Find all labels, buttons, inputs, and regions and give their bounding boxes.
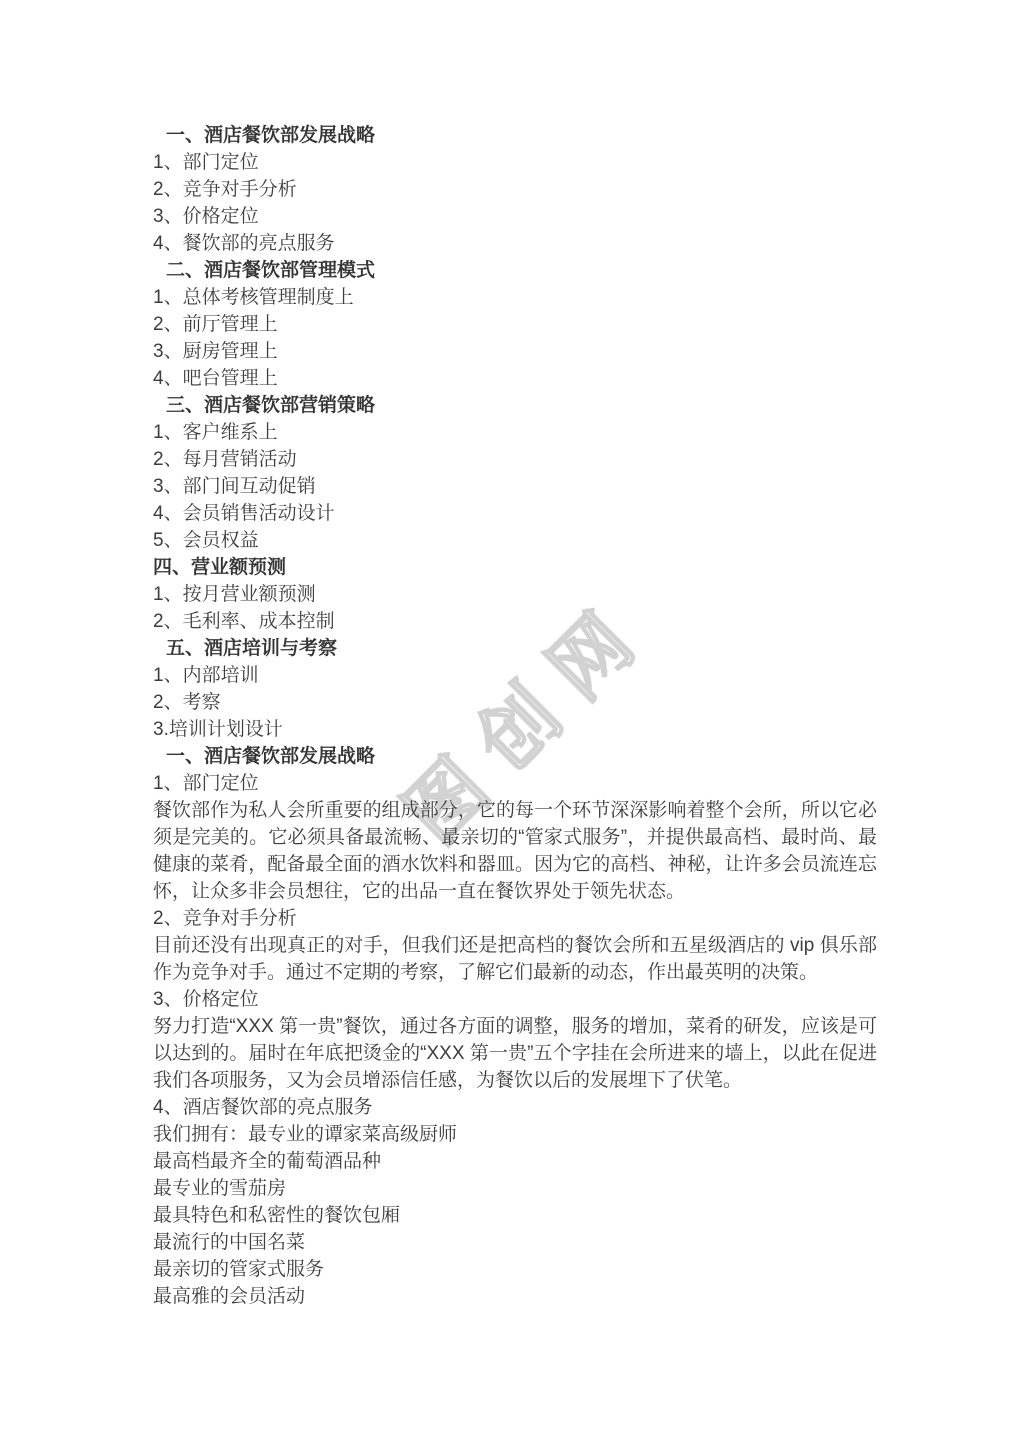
outline-item: 2、竞争对手分析 [153, 176, 877, 203]
outline-item: 3.培训计划设计 [153, 716, 877, 743]
body-paragraph: 餐饮部作为私人会所重要的组成部分，它的每一个环节深深影响着整个会所，所以它必须是… [153, 797, 877, 905]
outline-item: 3、部门间互动促销 [153, 473, 877, 500]
outline-item: 1、部门定位 [153, 149, 877, 176]
outline-item: 最亲切的管家式服务 [153, 1256, 877, 1283]
outline-item: 1、内部培训 [153, 662, 877, 689]
body-paragraph: 努力打造“XXX 第一贵”餐饮，通过各方面的调整，服务的增加，菜肴的研发，应该是… [153, 1013, 877, 1094]
body-paragraph: 目前还没有出现真正的对手，但我们还是把高档的餐饮会所和五星级酒店的 vip 俱乐… [153, 932, 877, 986]
outline-item: 4、酒店餐饮部的亮点服务 [153, 1094, 877, 1121]
outline-item: 2、毛利率、成本控制 [153, 608, 877, 635]
outline-item: 2、每月营销活动 [153, 446, 877, 473]
section-heading: 二、酒店餐饮部管理模式 [153, 257, 877, 284]
outline-item: 我们拥有：最专业的谭家菜高级厨师 [153, 1121, 877, 1148]
section-heading: 四、营业额预测 [153, 554, 877, 581]
outline-item: 5、会员权益 [153, 527, 877, 554]
outline-item: 1、客户维系上 [153, 419, 877, 446]
outline-item: 3、厨房管理上 [153, 338, 877, 365]
outline-item: 最高档最齐全的葡萄酒品种 [153, 1148, 877, 1175]
outline-item: 2、前厅管理上 [153, 311, 877, 338]
outline-item: 最流行的中国名菜 [153, 1229, 877, 1256]
outline-item: 1、按月营业额预测 [153, 581, 877, 608]
outline-item: 最具特色和私密性的餐饮包厢 [153, 1202, 877, 1229]
document-page: 图创网 一、酒店餐饮部发展战略1、部门定位2、竞争对手分析3、价格定位4、餐饮部… [0, 0, 1024, 1448]
section-heading: 一、酒店餐饮部发展战略 [153, 743, 877, 770]
outline-item: 4、吧台管理上 [153, 365, 877, 392]
section-heading: 五、酒店培训与考察 [153, 635, 877, 662]
outline-item: 2、考察 [153, 689, 877, 716]
outline-item: 4、餐饮部的亮点服务 [153, 230, 877, 257]
outline-item: 3、价格定位 [153, 203, 877, 230]
outline-item: 1、总体考核管理制度上 [153, 284, 877, 311]
outline-item: 最高雅的会员活动 [153, 1283, 877, 1310]
document-content: 一、酒店餐饮部发展战略1、部门定位2、竞争对手分析3、价格定位4、餐饮部的亮点服… [153, 122, 877, 1310]
section-heading: 三、酒店餐饮部营销策略 [153, 392, 877, 419]
outline-item: 最专业的雪茄房 [153, 1175, 877, 1202]
outline-item: 1、部门定位 [153, 770, 877, 797]
outline-item: 2、竞争对手分析 [153, 905, 877, 932]
section-heading: 一、酒店餐饮部发展战略 [153, 122, 877, 149]
outline-item: 4、会员销售活动设计 [153, 500, 877, 527]
outline-item: 3、价格定位 [153, 986, 877, 1013]
